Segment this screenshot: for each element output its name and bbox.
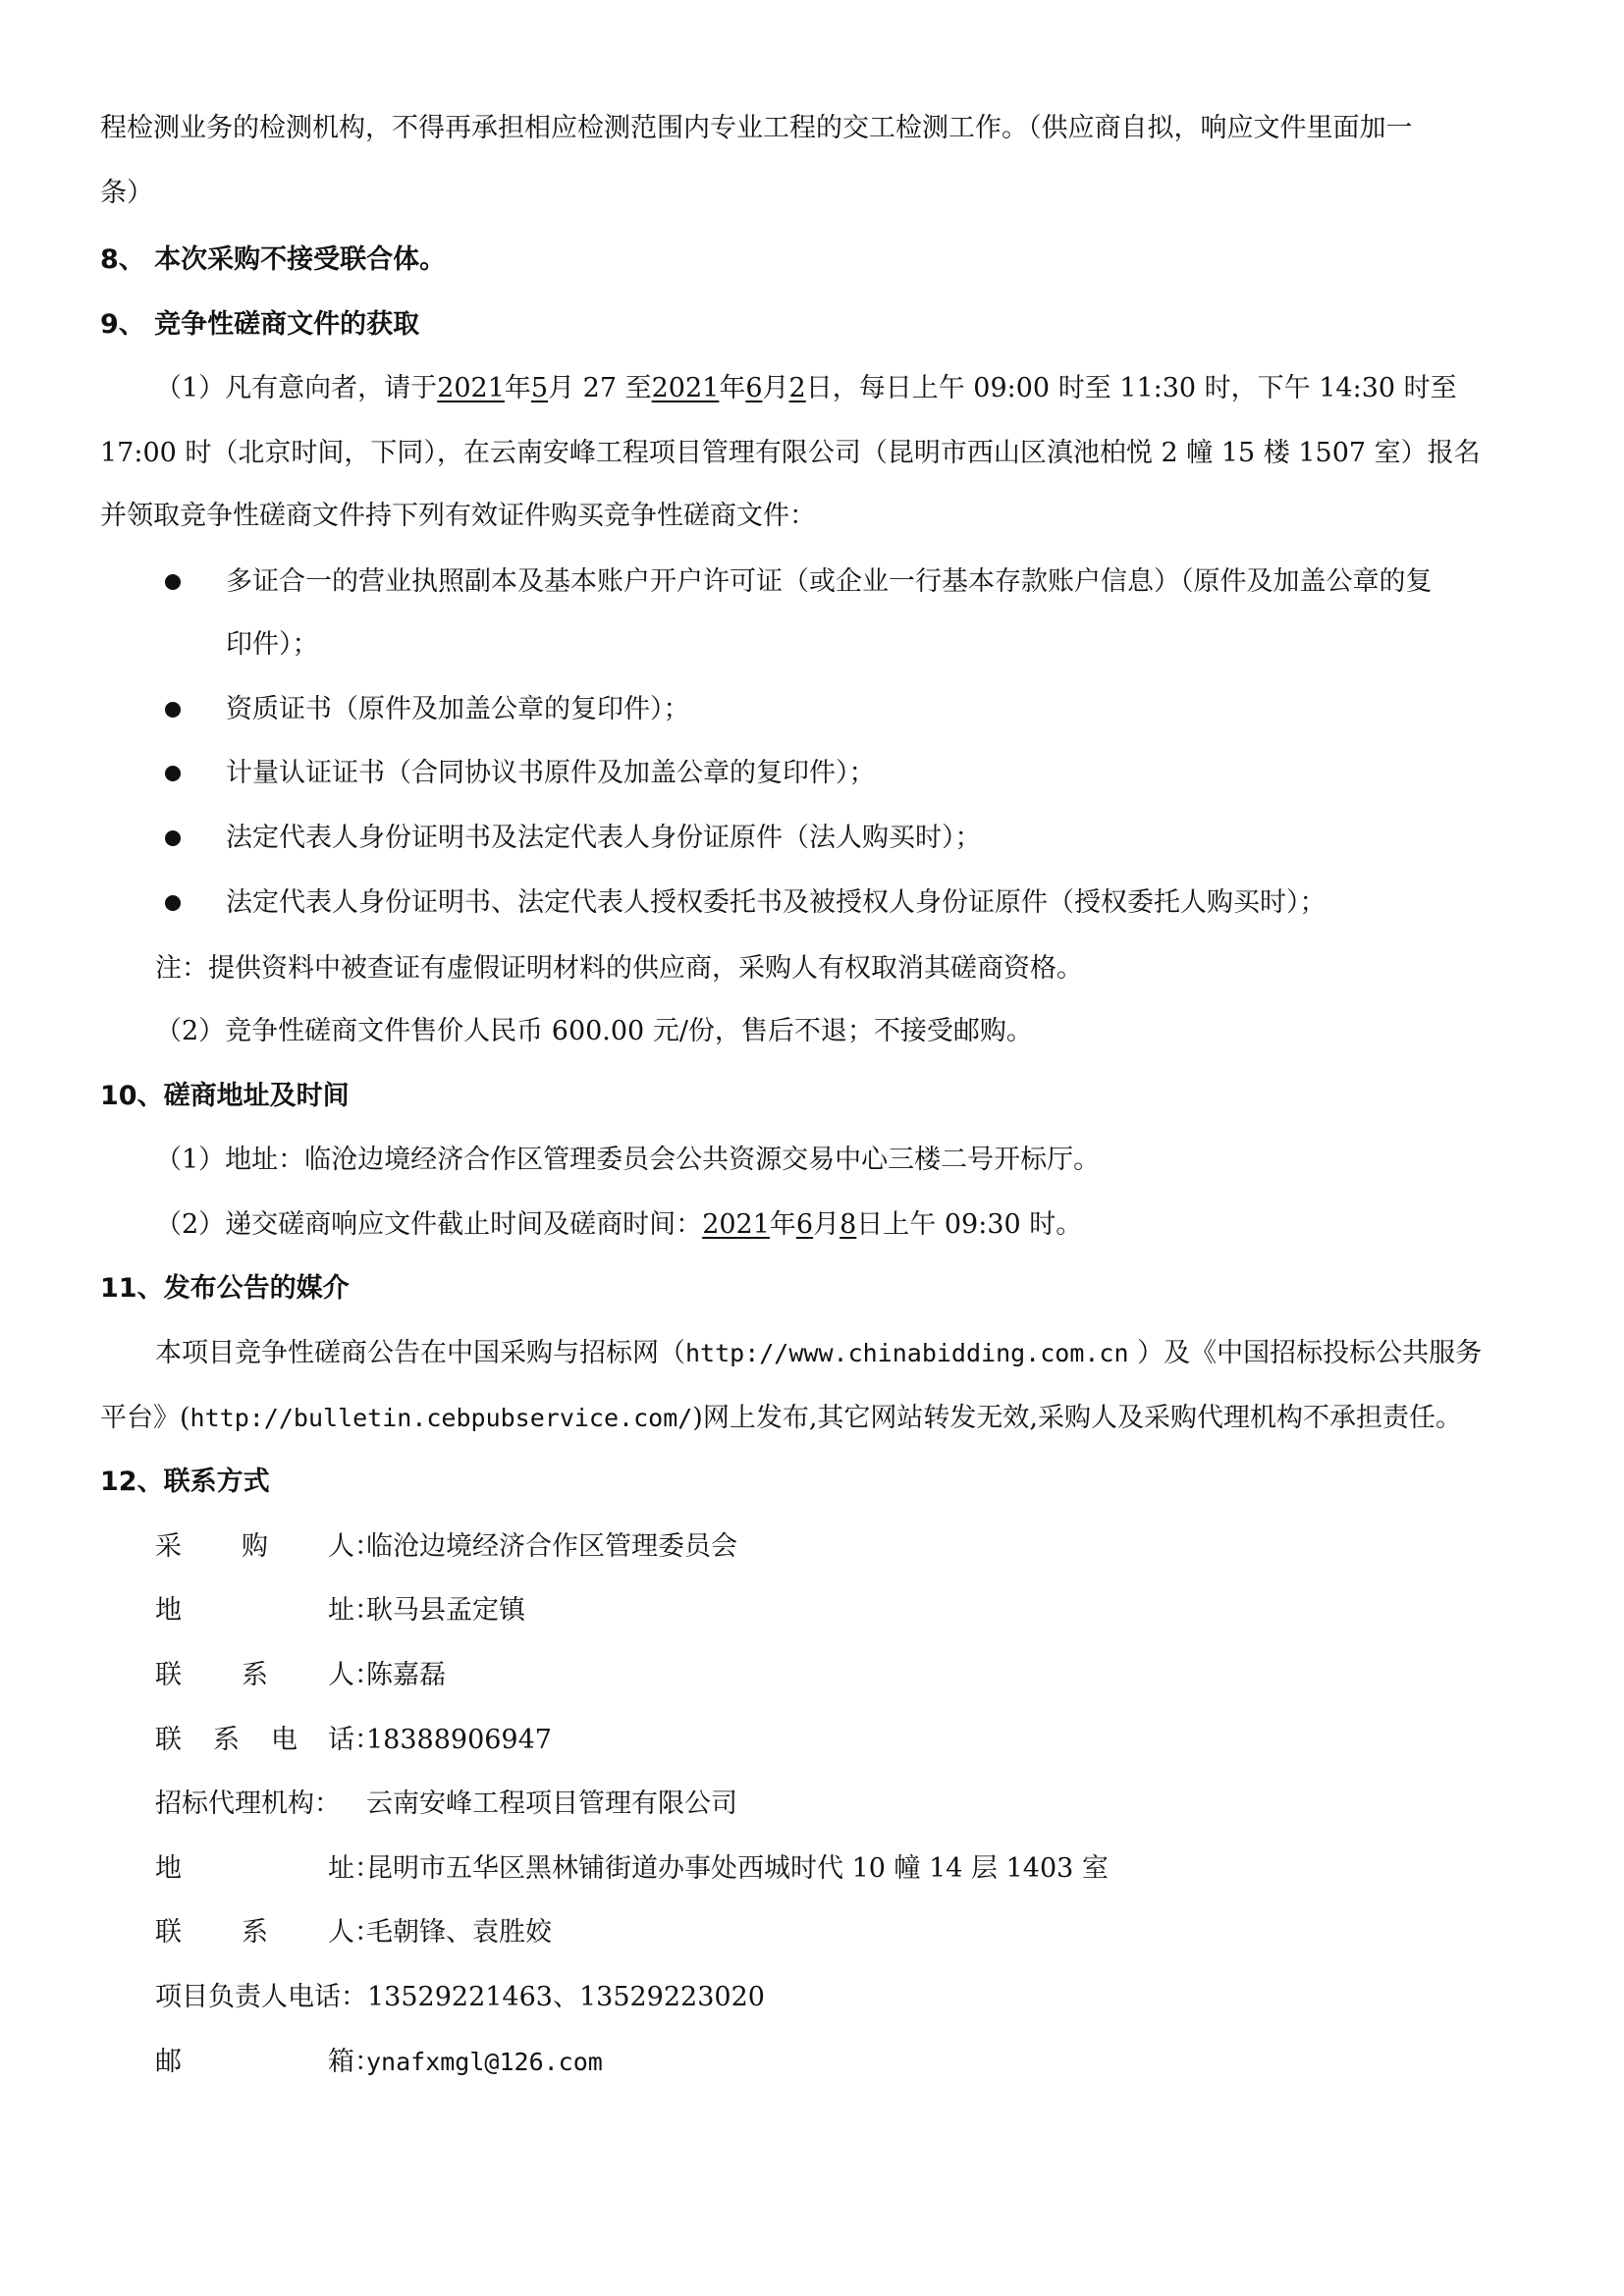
contact-label: 联系人： <box>155 1915 366 1950</box>
bullet-item-4: 法定代表人身份证明书及法定代表人身份证原件（法人购买时）； <box>226 821 982 856</box>
contact-row-purchaser: 采购人：临沧边境经济合作区管理委员会 <box>155 1529 737 1565</box>
bullet-icon <box>165 830 181 846</box>
section-9-p1-line-1: （1）凡有意向者，请于2021年5月 27 至2021年6月2日，每日上午 09… <box>155 371 1457 406</box>
deadline-month: 6 <box>796 1209 813 1240</box>
bullet-item-1-line-1: 多证合一的营业执照副本及基本账户开户许可证（或企业一行基本存款账户信息）（原件及… <box>226 564 1433 600</box>
bullet-item-1-line-2: 印件）； <box>226 627 319 663</box>
bullet-icon <box>165 766 181 781</box>
section-11-line-1: 本项目竞争性磋商公告在中国采购与招标网（http://www.chinabidd… <box>155 1336 1482 1371</box>
contact-row-email: 邮箱：ynafxmgl@126.com <box>155 2045 603 2080</box>
bullet-icon <box>165 895 181 911</box>
contact-row-agency-address: 地址：昆明市五华区黑林铺街道办事处西城时代 10 幢 14 层 1403 室 <box>155 1851 1109 1887</box>
section-9-heading: 9、 竞争性磋商文件的获取 <box>100 307 419 343</box>
contact-value: 耿马县孟定镇 <box>366 1595 525 1626</box>
contact-row-agency-contact: 联系人：毛朝锋、袁胜姣 <box>155 1915 552 1950</box>
contact-value: 云南安峰工程项目管理有限公司 <box>366 1789 737 1819</box>
section-11-heading: 11、发布公告的媒介 <box>100 1271 350 1307</box>
end-month: 6 <box>745 373 762 403</box>
contact-label: 项目负责人电话： <box>155 1982 367 2012</box>
contact-label: 地址： <box>155 1593 366 1629</box>
contact-label: 联系电话： <box>155 1723 366 1758</box>
contact-row-agency: 招标代理机构：云南安峰工程项目管理有限公司 <box>155 1787 737 1822</box>
end-year: 2021 <box>652 373 720 403</box>
bullet-icon <box>165 702 181 718</box>
continuation-line-1: 程检测业务的检测机构，不得再承担相应检测范围内专业工程的交工检测工作。（供应商自… <box>100 111 1413 146</box>
end-day: 2 <box>789 373 806 403</box>
section-10-p2: （2）递交磋商响应文件截止时间及磋商时间：2021年6月8日上午 09:30 时… <box>155 1207 1082 1243</box>
contact-value: 昆明市五华区黑林铺街道办事处西城时代 10 幢 14 层 1403 室 <box>366 1853 1109 1884</box>
section-9-p1-line-3: 并领取竞争性磋商文件持下列有效证件购买竞争性磋商文件： <box>100 499 816 534</box>
email-link[interactable]: ynafxmgl@126.com <box>366 2048 603 2076</box>
bullet-item-5: 法定代表人身份证明书、法定代表人授权委托书及被授权人身份证原件（授权委托人购买时… <box>226 885 1326 921</box>
contact-value: 13529221463、13529223020 <box>367 1982 765 2012</box>
contact-value: 毛朝锋、袁胜姣 <box>366 1917 552 1948</box>
section-9-p2: （2）竞争性磋商文件售价人民币 600.00 元/份，售后不退；不接受邮购。 <box>155 1014 1033 1049</box>
contact-value: 18388906947 <box>366 1725 552 1755</box>
section-11-line-2: 平台》(http://bulletin.cebpubservice.com/)网… <box>100 1401 1462 1436</box>
contact-value: 陈嘉磊 <box>366 1660 446 1690</box>
section-10-heading: 10、磋商地址及时间 <box>100 1079 350 1114</box>
bullet-item-2: 资质证书（原件及加盖公章的复印件）； <box>226 692 690 727</box>
contact-label: 地址： <box>155 1851 366 1887</box>
contact-label: 招标代理机构： <box>155 1787 366 1822</box>
section-9-p1-line-2: 17:00 时（北京时间，下同），在云南安峰工程项目管理有限公司（昆明市西山区滇… <box>100 436 1481 471</box>
contact-label: 采购人： <box>155 1529 366 1565</box>
start-month: 5 <box>531 373 548 403</box>
deadline-year: 2021 <box>702 1209 770 1240</box>
start-year: 2021 <box>437 373 505 403</box>
section-8-heading: 8、 本次采购不接受联合体。 <box>100 242 446 278</box>
contact-row-purchaser-contact: 联系人：陈嘉磊 <box>155 1658 446 1693</box>
section-9-note: 注：提供资料中被查证有虚假证明材料的供应商，采购人有权取消其磋商资格。 <box>155 951 1083 987</box>
chinabidding-link[interactable]: http://www.chinabidding.com.cn <box>685 1339 1129 1367</box>
deadline-day: 8 <box>839 1209 856 1240</box>
contact-row-purchaser-phone: 联系电话：18388906947 <box>155 1723 552 1758</box>
contact-label: 邮箱： <box>155 2045 366 2080</box>
contact-value: 临沧边境经济合作区管理委员会 <box>366 1531 737 1562</box>
contact-row-project-lead-phone: 项目负责人电话：13529221463、13529223020 <box>155 1980 765 2015</box>
cebpubservice-link[interactable]: http://bulletin.cebpubservice.com/ <box>190 1404 693 1432</box>
continuation-line-2: 条） <box>100 176 153 211</box>
section-10-p1: （1）地址：临沧边境经济合作区管理委员会公共资源交易中心三楼二号开标厅。 <box>155 1143 1100 1178</box>
contact-label: 联系人： <box>155 1658 366 1693</box>
bullet-icon <box>165 574 181 590</box>
section-12-heading: 12、联系方式 <box>100 1465 270 1500</box>
contact-row-purchaser-address: 地址：耿马县孟定镇 <box>155 1593 525 1629</box>
bullet-item-3: 计量认证证书（合同协议书原件及加盖公章的复印件）； <box>226 756 876 791</box>
